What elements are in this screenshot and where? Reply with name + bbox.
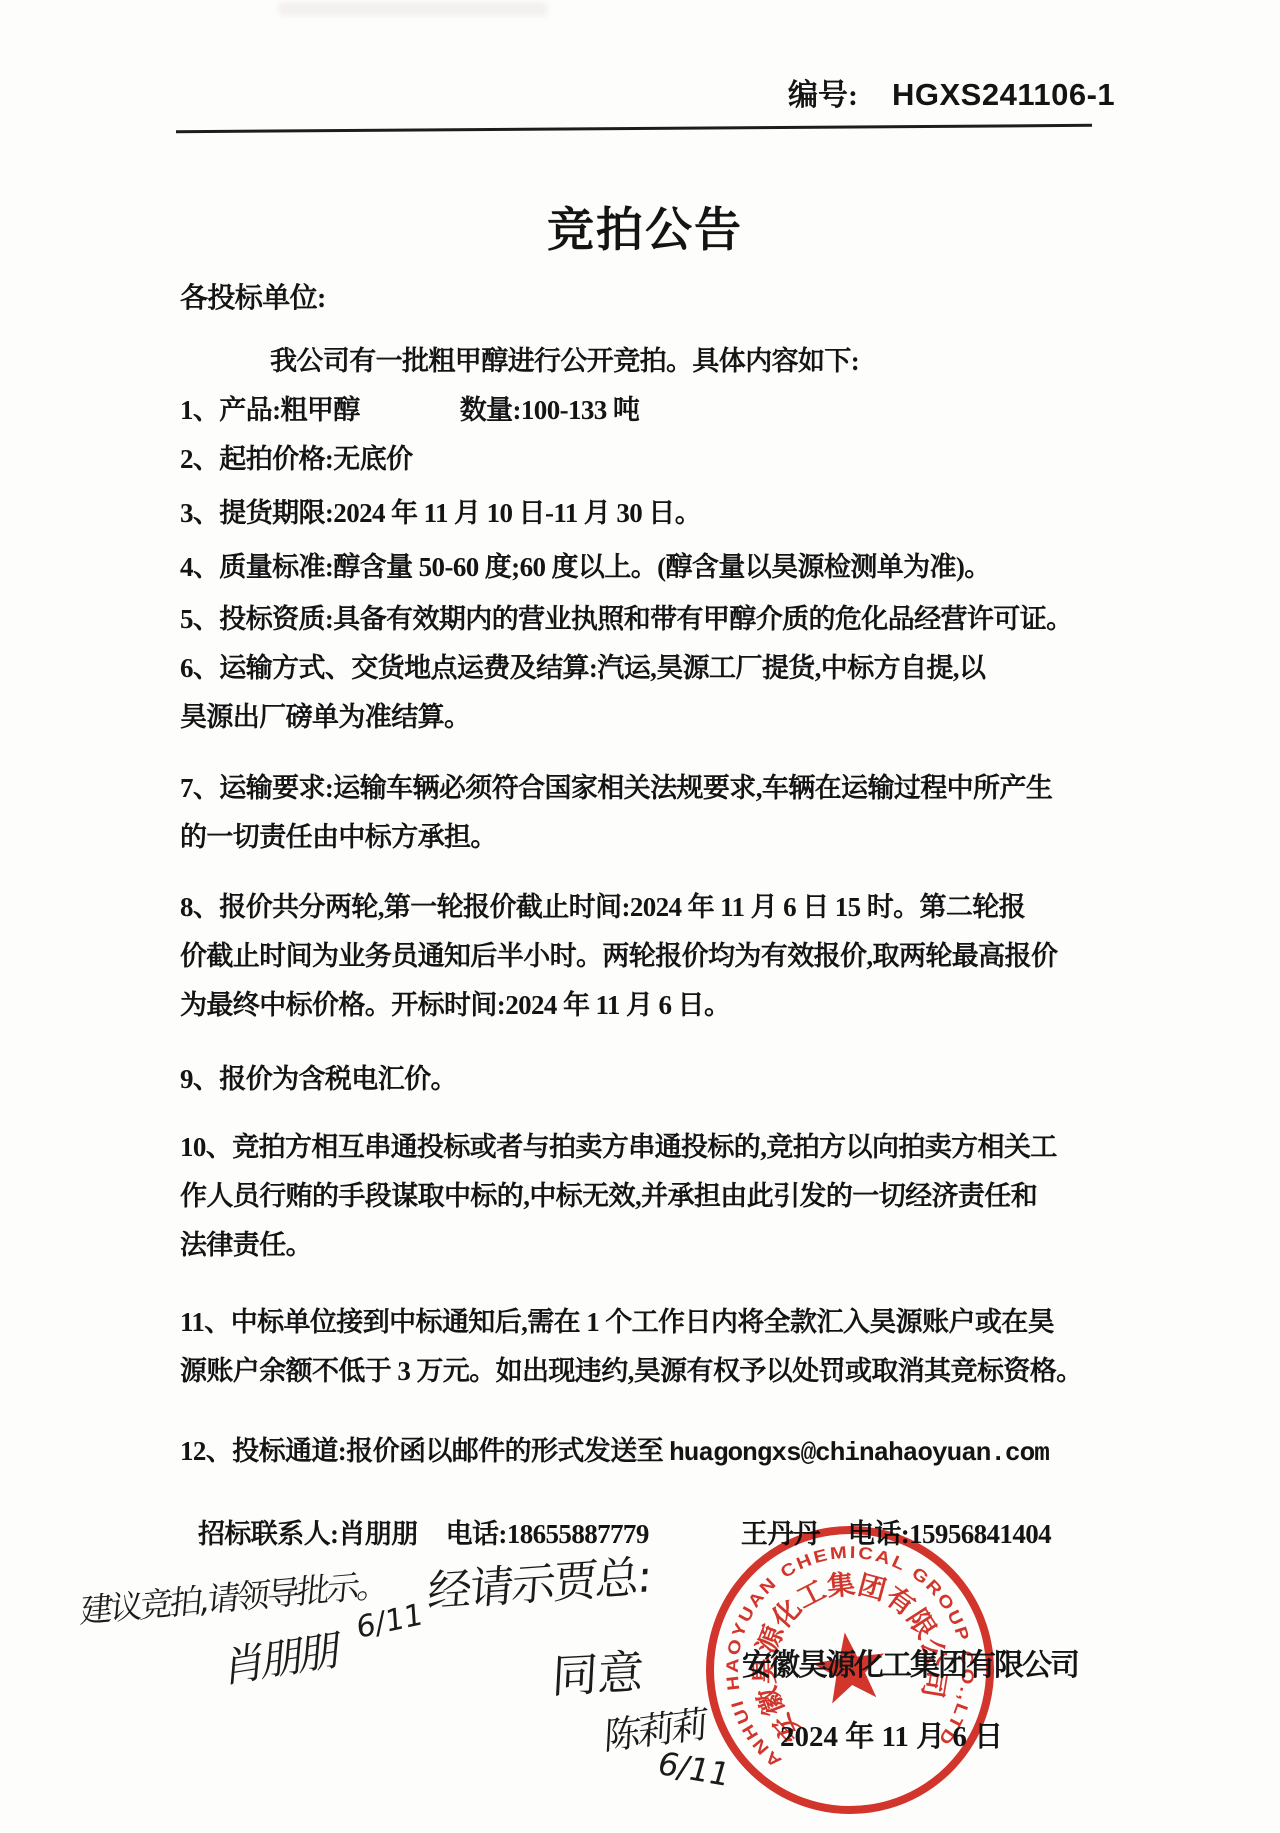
- salutation: 各投标单位:: [180, 274, 1130, 323]
- scanned-document: 编号:HGXS241106-1 竞拍公告 各投标单位: 我公司有一批粗甲醇进行公…: [0, 0, 1280, 1833]
- scan-smudge: [278, 2, 548, 16]
- list-item-3: 3、提货期限:2024 年 11 月 10 日-11 月 30 日。: [180, 489, 1130, 538]
- document-body: 各投标单位: 我公司有一批粗甲醇进行公开竞拍。具体内容如下: 1、产品:粗甲醇数…: [180, 274, 1130, 1559]
- item-4-text: 4、质量标准:醇含量 50-60 度;60 度以上。(醇含量以昊源检测单为准)。: [180, 543, 1130, 592]
- list-item-9: 9、报价为含税电汇价。: [180, 1055, 1130, 1104]
- item-7-line-1: 7、运输要求:运输车辆必须符合国家相关法规要求,车辆在运输过程中所产生: [180, 764, 1130, 813]
- list-item-12: 12、投标通道:报价函以邮件的形式发送至 huagongxs@chinahaoy…: [180, 1427, 1130, 1478]
- item-6-line-1: 6、运输方式、交货地点运费及结算:汽运,昊源工厂提货,中标方自提,以: [180, 644, 1130, 693]
- intro-paragraph: 我公司有一批粗甲醇进行公开竞拍。具体内容如下:: [180, 337, 1130, 386]
- list-item-2: 2、起拍价格:无底价: [180, 435, 1130, 484]
- contact-name-1: 肖朋朋: [338, 1519, 417, 1549]
- item-10-line-2: 作人员行贿的手段谋取中标的,中标无效,并承担由此引发的一切经济责任和: [180, 1172, 1130, 1221]
- item-11-line-2: 源账户余额不低于 3 万元。如出现违约,昊源有权予以处罚或取消其竞标资格。: [180, 1347, 1130, 1396]
- bid-email: huagongxs@chinahaoyuan.com: [669, 1438, 1049, 1468]
- item-3-text: 3、提货期限:2024 年 11 月 10 日-11 月 30 日。: [180, 489, 1130, 538]
- item-1-quantity: 数量:100-133 吨: [460, 386, 640, 435]
- item-5-text: 5、投标资质:具备有效期内的营业执照和带有甲醇介质的危化品经营许可证。: [180, 595, 1130, 644]
- list-item-7: 7、运输要求:运输车辆必须符合国家相关法规要求,车辆在运输过程中所产生 的一切责…: [180, 764, 1130, 862]
- list-item-1: 1、产品:粗甲醇数量:100-133 吨: [180, 386, 1130, 435]
- list-item-5: 5、投标资质:具备有效期内的营业执照和带有甲醇介质的危化品经营许可证。: [180, 595, 1130, 644]
- doc-number: 编号:HGXS241106-1: [788, 70, 1115, 114]
- signoff-company: 安徽昊源化工集团有限公司: [742, 1640, 1078, 1684]
- item-6-line-2: 昊源出厂磅单为准结算。: [180, 693, 1130, 742]
- handwritten-approval: 同意: [550, 1635, 645, 1706]
- item-10-line-1: 10、竞拍方相互串通投标或者与拍卖方串通投标的,竞拍方以向拍卖方相关工: [180, 1123, 1130, 1172]
- handwritten-signature-left: 肖朋朋: [222, 1616, 340, 1695]
- item-8-line-3: 为最终中标价格。开标时间:2024 年 11 月 6 日。: [180, 981, 1130, 1030]
- item-11-line-1: 11、中标单位接到中标通知后,需在 1 个工作日内将全款汇入昊源账户或在昊: [180, 1298, 1130, 1347]
- list-item-11: 11、中标单位接到中标通知后,需在 1 个工作日内将全款汇入昊源账户或在昊 源账…: [180, 1298, 1130, 1396]
- header-rule: [176, 124, 1092, 133]
- contact-tel-label-1: 电话:: [446, 1519, 507, 1549]
- list-item-10: 10、竞拍方相互串通投标或者与拍卖方串通投标的,竞拍方以向拍卖方相关工 作人员行…: [180, 1123, 1130, 1270]
- list-item-6: 6、运输方式、交货地点运费及结算:汽运,昊源工厂提货,中标方自提,以 昊源出厂磅…: [180, 644, 1130, 742]
- page-title: 竞拍公告: [180, 193, 1110, 260]
- item-12-text: 12、投标通道:报价函以邮件的形式发送至: [180, 1436, 669, 1466]
- item-7-line-2: 的一切责任由中标方承担。: [180, 813, 1130, 862]
- contact-label: 招标联系人:: [198, 1519, 338, 1549]
- signoff-date: 2024 年 11 月 6 日: [780, 1714, 1003, 1755]
- contacts-row: 招标联系人:肖朋朋电话:18655887779王丹丹电话:15956841404: [180, 1510, 1130, 1559]
- list-item-8: 8、报价共分两轮,第一轮报价截止时间:2024 年 11 月 6 日 15 时。…: [180, 883, 1130, 1030]
- doc-number-label: 编号:: [788, 79, 858, 112]
- item-8-line-1: 8、报价共分两轮,第一轮报价截止时间:2024 年 11 月 6 日 15 时。…: [180, 883, 1130, 932]
- doc-number-value: HGXS241106-1: [892, 77, 1115, 112]
- item-9-text: 9、报价为含税电汇价。: [180, 1055, 1130, 1104]
- item-8-line-2: 价截止时间为业务员通知后半小时。两轮报价均为有效报价,取两轮最高报价: [180, 932, 1130, 981]
- list-item-4: 4、质量标准:醇含量 50-60 度;60 度以上。(醇含量以昊源检测单为准)。: [180, 543, 1130, 592]
- item-2-text: 2、起拍价格:无底价: [180, 435, 1130, 484]
- item-10-line-3: 法律责任。: [180, 1221, 1130, 1270]
- handwritten-note-left: 建议竞拍,请领导批示。: [79, 1558, 389, 1632]
- item-1-text: 1、产品:粗甲醇: [180, 395, 360, 425]
